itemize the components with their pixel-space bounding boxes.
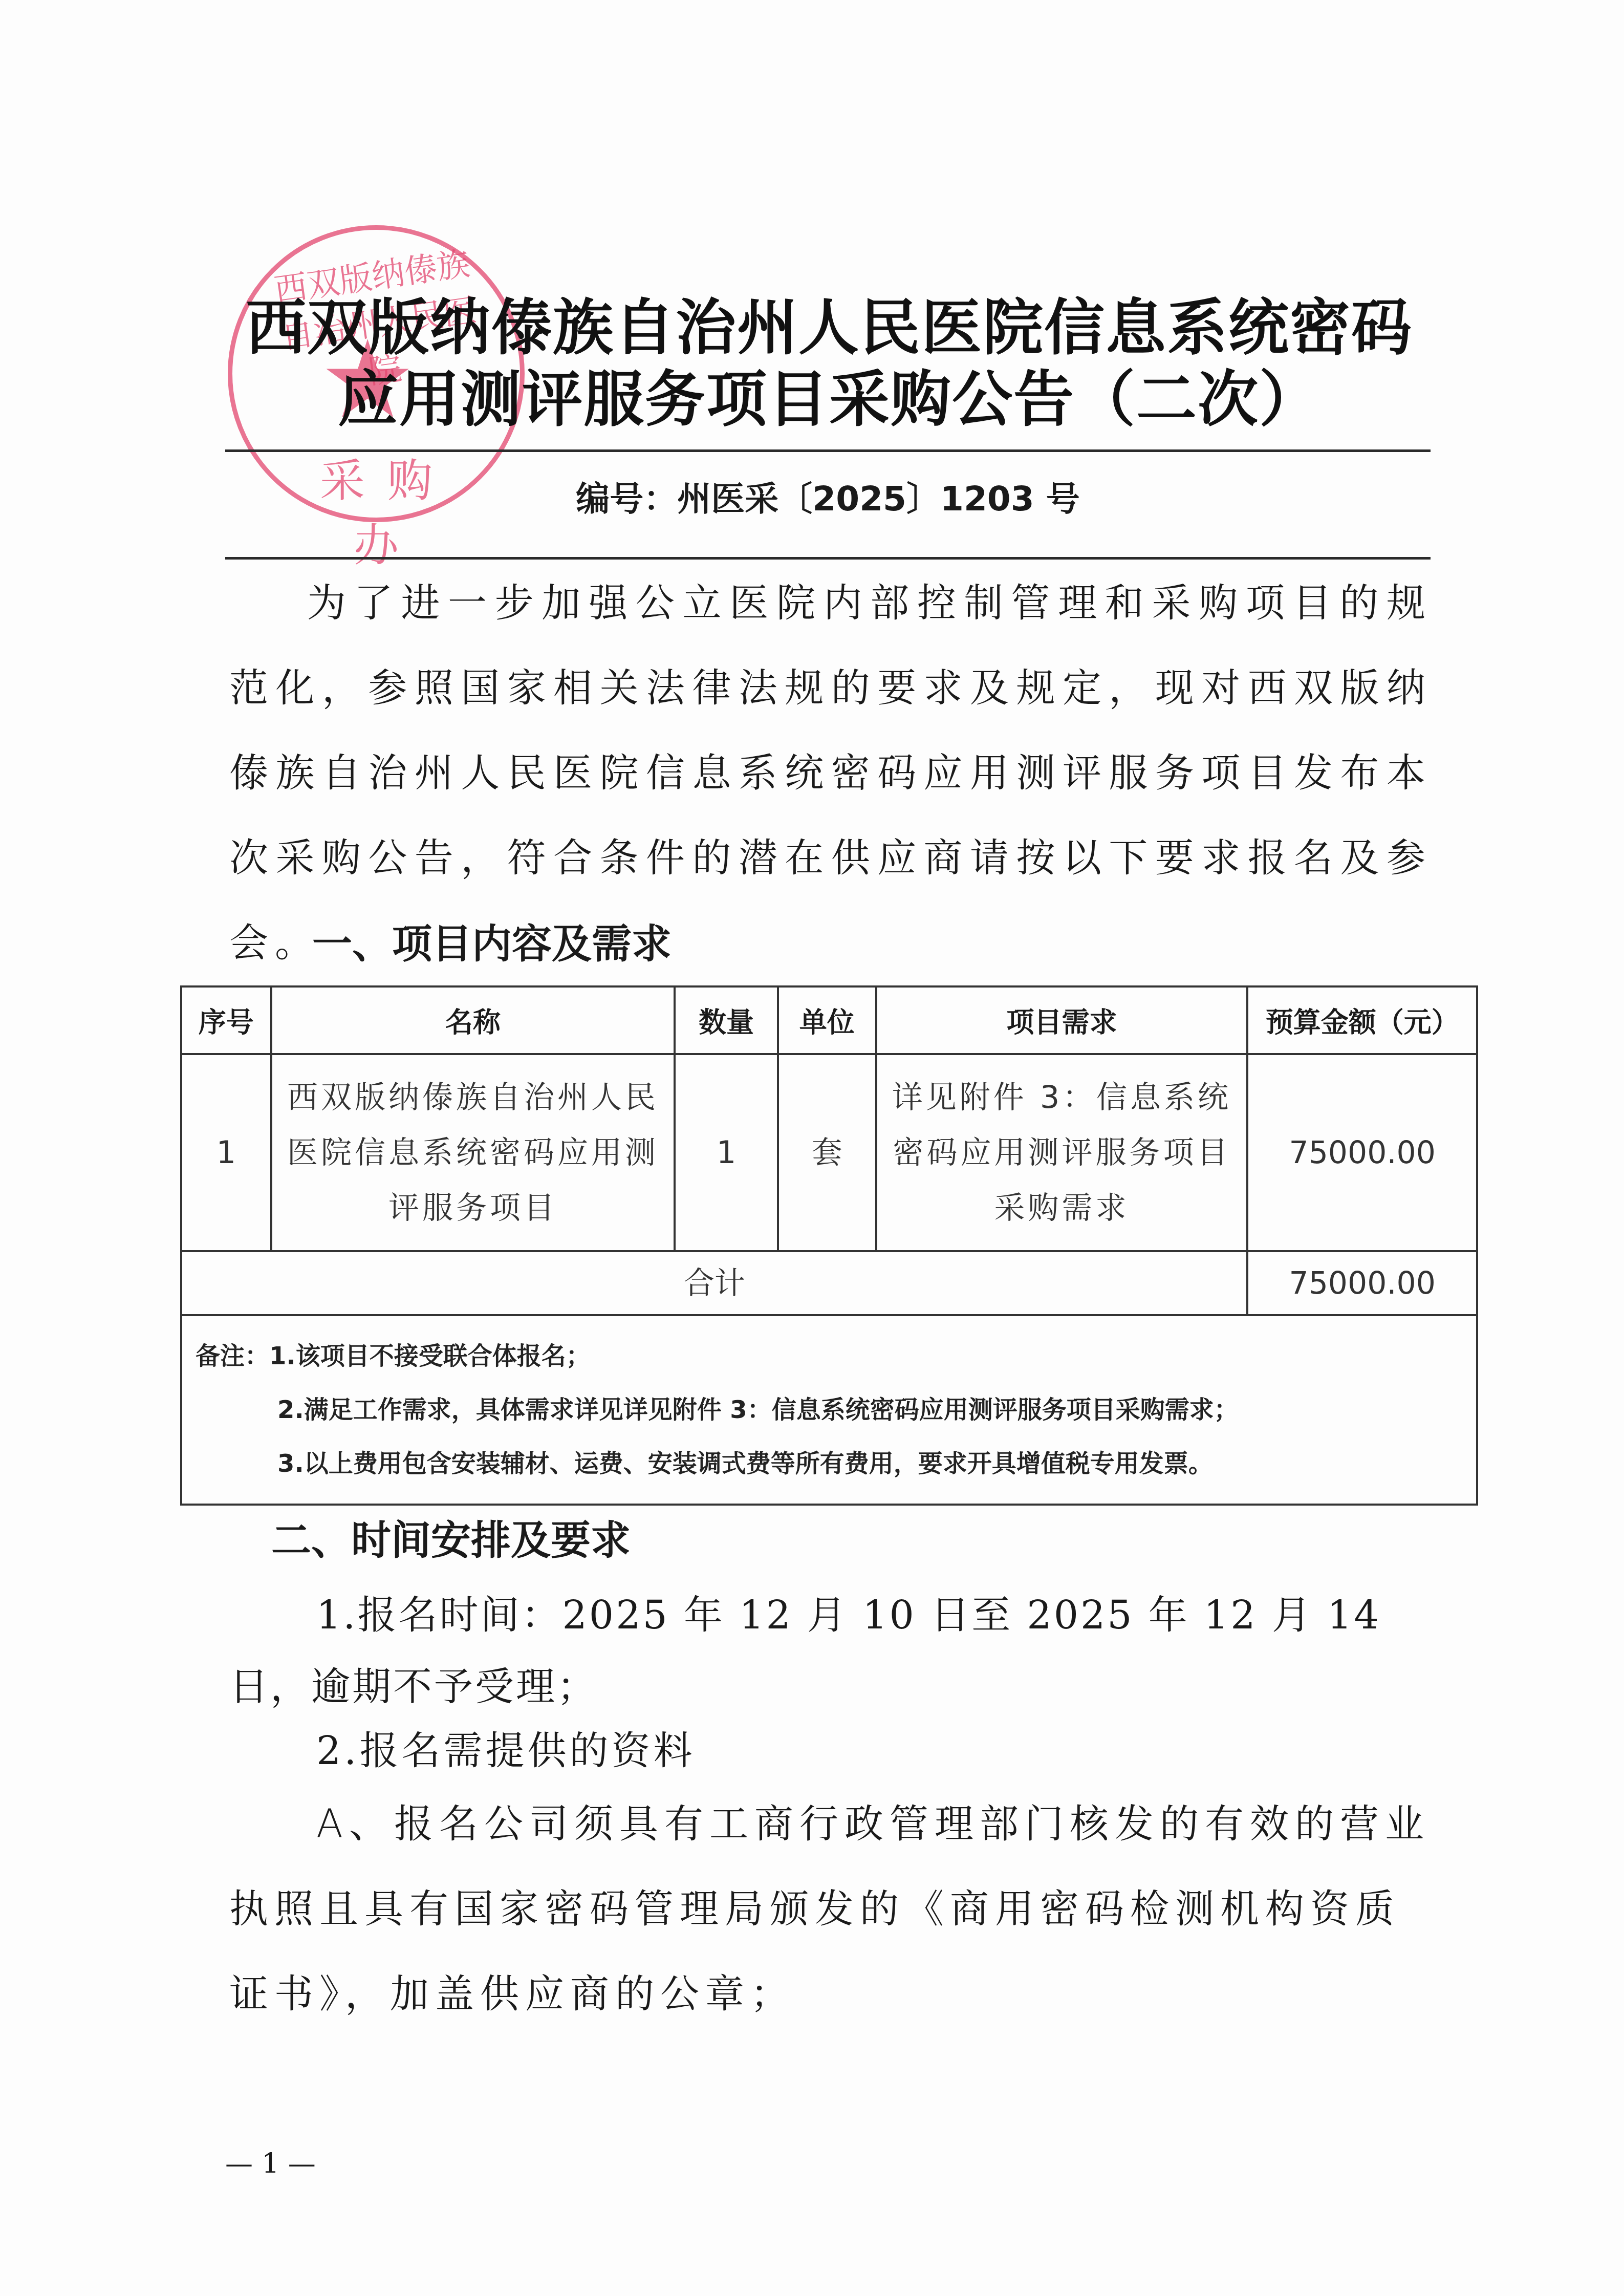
section-2-heading: 二、时间安排及要求 bbox=[271, 1515, 631, 1567]
note-1: 备注：1.该项目不接受联合体报名； bbox=[196, 1329, 1463, 1383]
section-1-heading: 一、项目内容及需求 bbox=[312, 919, 672, 970]
cell-requirement-text: 详见附件 3：信息系统密码应用测评服务项目采购需求 bbox=[877, 1070, 1247, 1236]
requirement-a: A、报名公司须具有工商行政管理部门核发的有效的营业执照且具有国家密码管理局颁发的… bbox=[229, 1782, 1432, 2036]
col-header-requirement: 项目需求 bbox=[876, 986, 1248, 1054]
table-total-row: 合计 75000.00 bbox=[181, 1251, 1477, 1315]
col-header-index: 序号 bbox=[181, 986, 271, 1054]
cell-budget: 75000.00 bbox=[1247, 1054, 1477, 1251]
registration-time: 1.报名时间：2025 年 12 月 10 日至 2025 年 12 月 14 … bbox=[229, 1579, 1432, 1723]
cell-unit: 套 bbox=[778, 1054, 876, 1251]
page-number: — 1 — bbox=[225, 2148, 316, 2180]
cell-index: 1 bbox=[181, 1054, 271, 1251]
document-title-line-1: 西双版纳傣族自治州人民医院信息系统密码 bbox=[225, 292, 1433, 363]
header-divider-bottom bbox=[225, 557, 1431, 560]
table-header-row: 序号 名称 数量 单位 项目需求 预算金额（元） bbox=[181, 986, 1477, 1054]
table-notes-row: 备注：1.该项目不接受联合体报名； 2.满足工作需求，具体需求详见详见附件 3：… bbox=[181, 1315, 1477, 1505]
required-materials-heading: 2.报名需提供的资料 bbox=[229, 1715, 1432, 1787]
col-header-budget: 预算金额（元） bbox=[1247, 986, 1477, 1054]
col-header-unit: 单位 bbox=[778, 986, 876, 1054]
total-value: 75000.00 bbox=[1247, 1251, 1477, 1315]
cell-name: 西双版纳傣族自治州人民医院信息系统密码应用测评服务项目 bbox=[271, 1054, 675, 1251]
total-label: 合计 bbox=[181, 1251, 1247, 1315]
table-notes: 备注：1.该项目不接受联合体报名； 2.满足工作需求，具体需求详见详见附件 3：… bbox=[181, 1315, 1477, 1505]
col-header-name: 名称 bbox=[271, 986, 675, 1054]
col-header-quantity: 数量 bbox=[675, 986, 778, 1054]
project-items-table: 序号 名称 数量 单位 项目需求 预算金额（元） 1 西双版纳傣族自治州人民医院… bbox=[180, 985, 1478, 1506]
document-title-line-2: 应用测评服务项目采购公告（二次） bbox=[225, 363, 1433, 435]
note-2: 2.满足工作需求，具体需求详见详见附件 3：信息系统密码应用测评服务项目采购需求… bbox=[196, 1383, 1463, 1437]
cell-quantity: 1 bbox=[675, 1054, 778, 1251]
cell-requirement: 详见附件 3：信息系统密码应用测评服务项目采购需求 bbox=[876, 1054, 1248, 1251]
note-3: 3.以上费用包含安装辅材、运费、安装调式费等所有费用，要求开具增值税专用发票。 bbox=[196, 1437, 1463, 1491]
table-row: 1 西双版纳傣族自治州人民医院信息系统密码应用测评服务项目 1 套 详见附件 3… bbox=[181, 1054, 1477, 1251]
header-divider-top bbox=[225, 449, 1431, 452]
document-number: 编号：州医采〔2025〕1203 号 bbox=[225, 479, 1431, 520]
cell-name-text: 西双版纳傣族自治州人民医院信息系统密码应用测评服务项目 bbox=[272, 1070, 674, 1236]
